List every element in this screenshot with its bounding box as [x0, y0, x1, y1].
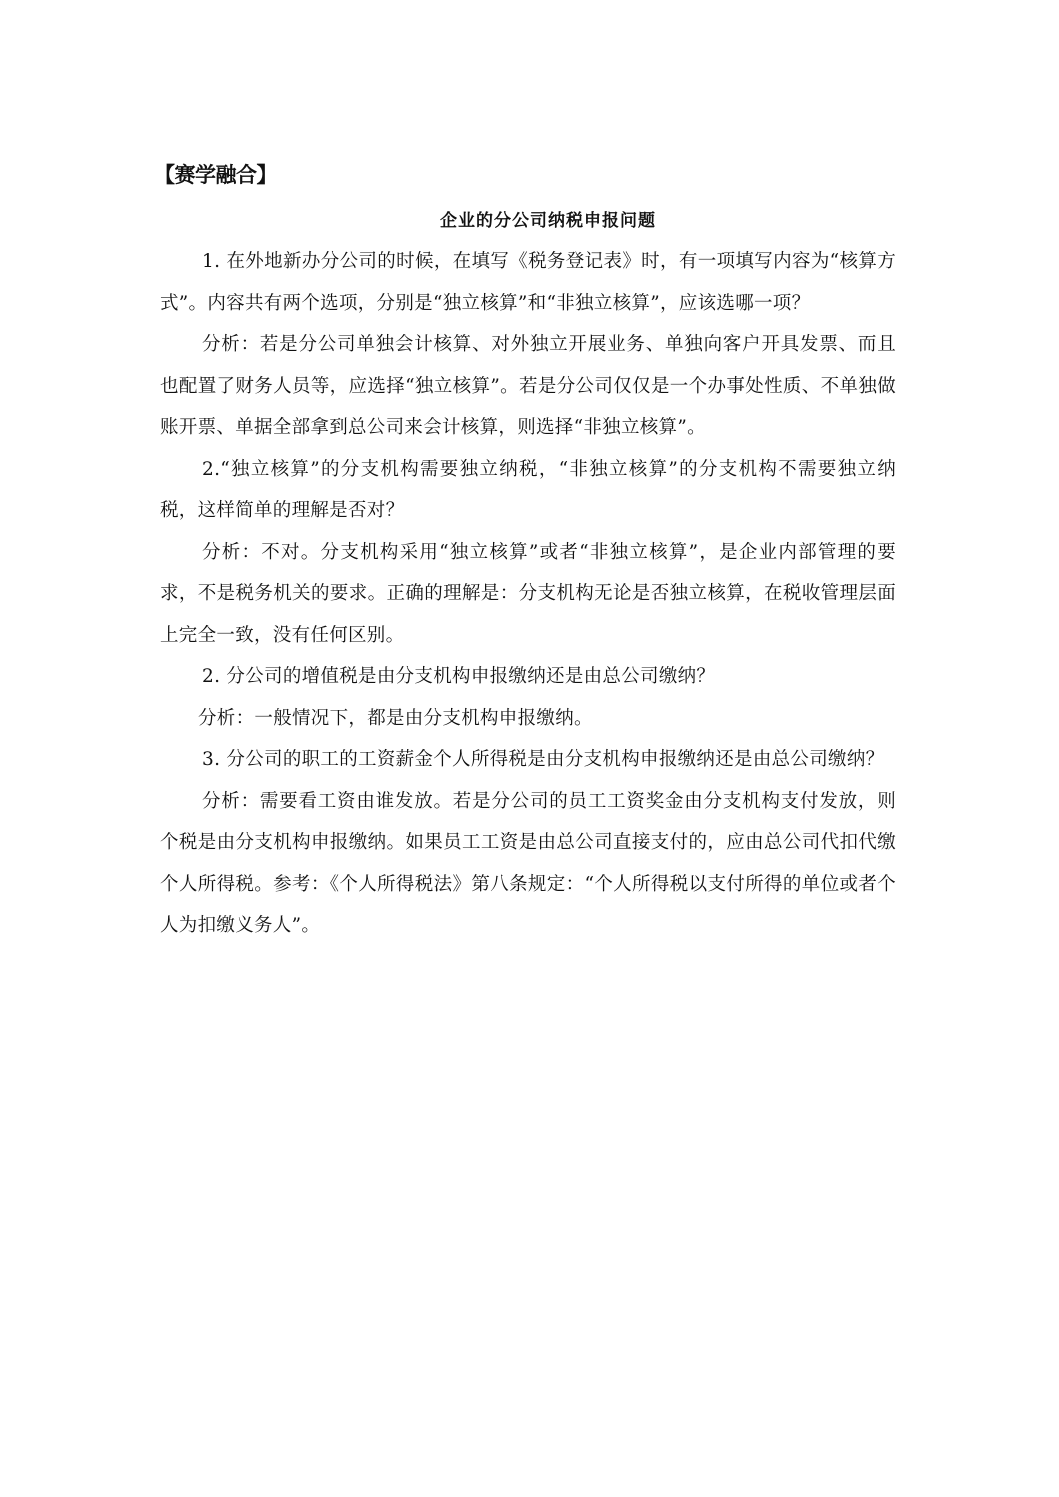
- document-title: 企业的分公司纳税申报问题: [160, 211, 896, 231]
- question-4: 3. 分公司的职工的工资薪金个人所得税是由分支机构申报缴纳还是由总公司缴纳？: [160, 739, 896, 781]
- question-1: 1. 在外地新办分公司的时候，在填写《税务登记表》时，有一项填写内容为“核算方式…: [160, 241, 896, 324]
- analysis-4: 分析：需要看工资由谁发放。若是分公司的员工工资奖金由分支机构支付发放，则个税是由…: [160, 781, 896, 947]
- analysis-3: 分析：一般情况下，都是由分支机构申报缴纳。: [160, 698, 896, 740]
- document-page: 【赛学融合】 企业的分公司纳税申报问题 1. 在外地新办分公司的时候，在填写《税…: [160, 157, 896, 947]
- question-2: 2.“独立核算”的分支机构需要独立纳税，“非独立核算”的分支机构不需要独立纳税，…: [160, 449, 896, 532]
- analysis-2: 分析：不对。分支机构采用“独立核算”或者“非独立核算”，是企业内部管理的要求，不…: [160, 532, 896, 657]
- question-3: 2. 分公司的增值税是由分支机构申报缴纳还是由总公司缴纳？: [160, 656, 896, 698]
- analysis-1: 分析：若是分公司单独会计核算、对外独立开展业务、单独向客户开具发票、而且也配置了…: [160, 324, 896, 449]
- section-tag: 【赛学融合】: [154, 157, 896, 193]
